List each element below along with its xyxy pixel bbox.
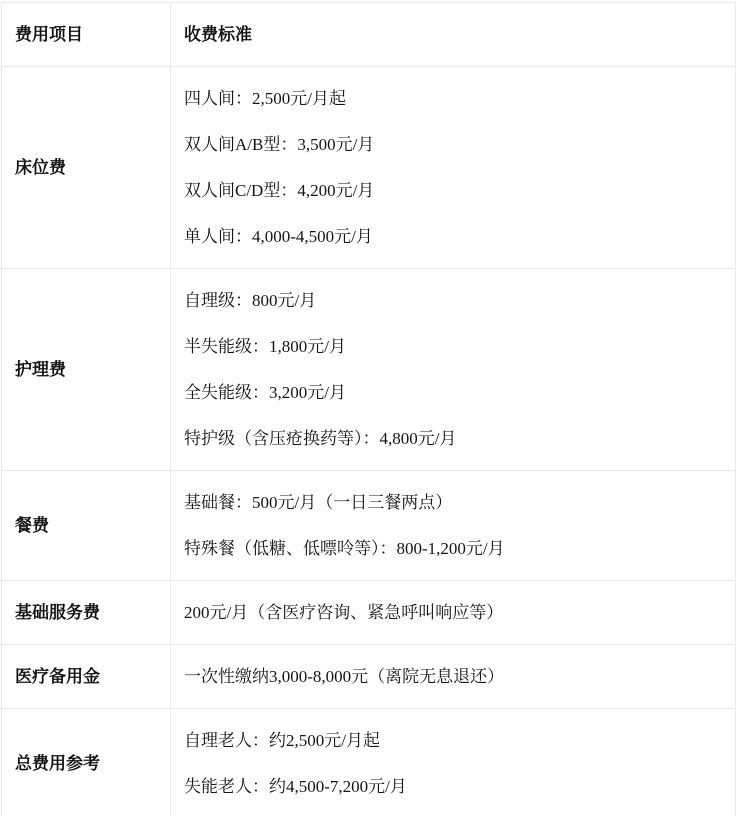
fee-standard-cell: 一次性缴纳3,000-8,000元（离院无息退还） <box>171 645 736 709</box>
fee-standard-line: 双人间C/D型：4,200元/月 <box>184 179 722 202</box>
fee-standard-line: 200元/月（含医疗咨询、紧急呼叫响应等） <box>184 601 722 624</box>
table-body: 床位费四人间：2,500元/月起双人间A/B型：3,500元/月双人间C/D型：… <box>2 67 736 816</box>
fee-standard-line: 基础餐：500元/月（一日三餐两点） <box>184 491 722 514</box>
table-row: 床位费四人间：2,500元/月起双人间A/B型：3,500元/月双人间C/D型：… <box>2 67 736 269</box>
fee-standard-line: 特殊餐（低糖、低嘌呤等）：800-1,200元/月 <box>184 537 722 560</box>
fee-standard-line: 自理老人：约2,500元/月起 <box>184 729 722 752</box>
fee-standard-line: 一次性缴纳3,000-8,000元（离院无息退还） <box>184 665 722 688</box>
table-row: 总费用参考自理老人：约2,500元/月起失能老人：约4,500-7,200元/月 <box>2 709 736 816</box>
column-header-fee-standard: 收费标准 <box>171 3 736 67</box>
fee-item-label: 基础服务费 <box>2 581 171 645</box>
fee-standard-cell: 200元/月（含医疗咨询、紧急呼叫响应等） <box>171 581 736 645</box>
fee-standard-cell: 基础餐：500元/月（一日三餐两点）特殊餐（低糖、低嘌呤等）：800-1,200… <box>171 471 736 581</box>
fee-standard-cell: 自理级：800元/月半失能级：1,800元/月全失能级：3,200元/月特护级（… <box>171 269 736 471</box>
table-header: 费用项目 收费标准 <box>2 3 736 67</box>
fee-standard-cell: 自理老人：约2,500元/月起失能老人：约4,500-7,200元/月 <box>171 709 736 816</box>
fee-item-label: 医疗备用金 <box>2 645 171 709</box>
fee-standard-line: 单人间：4,000-4,500元/月 <box>184 225 722 248</box>
fee-standard-line: 双人间A/B型：3,500元/月 <box>184 133 722 156</box>
table-row: 餐费基础餐：500元/月（一日三餐两点）特殊餐（低糖、低嘌呤等）：800-1,2… <box>2 471 736 581</box>
table-row: 护理费自理级：800元/月半失能级：1,800元/月全失能级：3,200元/月特… <box>2 269 736 471</box>
fee-item-label: 总费用参考 <box>2 709 171 816</box>
fee-item-label: 护理费 <box>2 269 171 471</box>
fee-schedule-table: 费用项目 收费标准 床位费四人间：2,500元/月起双人间A/B型：3,500元… <box>1 2 736 816</box>
fee-item-label: 床位费 <box>2 67 171 269</box>
fee-standard-line: 半失能级：1,800元/月 <box>184 335 722 358</box>
fee-item-label: 餐费 <box>2 471 171 581</box>
table-row: 医疗备用金一次性缴纳3,000-8,000元（离院无息退还） <box>2 645 736 709</box>
fee-standard-line: 失能老人：约4,500-7,200元/月 <box>184 775 722 798</box>
table-row: 基础服务费200元/月（含医疗咨询、紧急呼叫响应等） <box>2 581 736 645</box>
column-header-fee-item: 费用项目 <box>2 3 171 67</box>
fee-standard-line: 自理级：800元/月 <box>184 289 722 312</box>
fee-standard-cell: 四人间：2,500元/月起双人间A/B型：3,500元/月双人间C/D型：4,2… <box>171 67 736 269</box>
fee-standard-line: 四人间：2,500元/月起 <box>184 87 722 110</box>
fee-standard-line: 全失能级：3,200元/月 <box>184 381 722 404</box>
fee-standard-line: 特护级（含压疮换药等）：4,800元/月 <box>184 427 722 450</box>
header-row: 费用项目 收费标准 <box>2 3 736 67</box>
